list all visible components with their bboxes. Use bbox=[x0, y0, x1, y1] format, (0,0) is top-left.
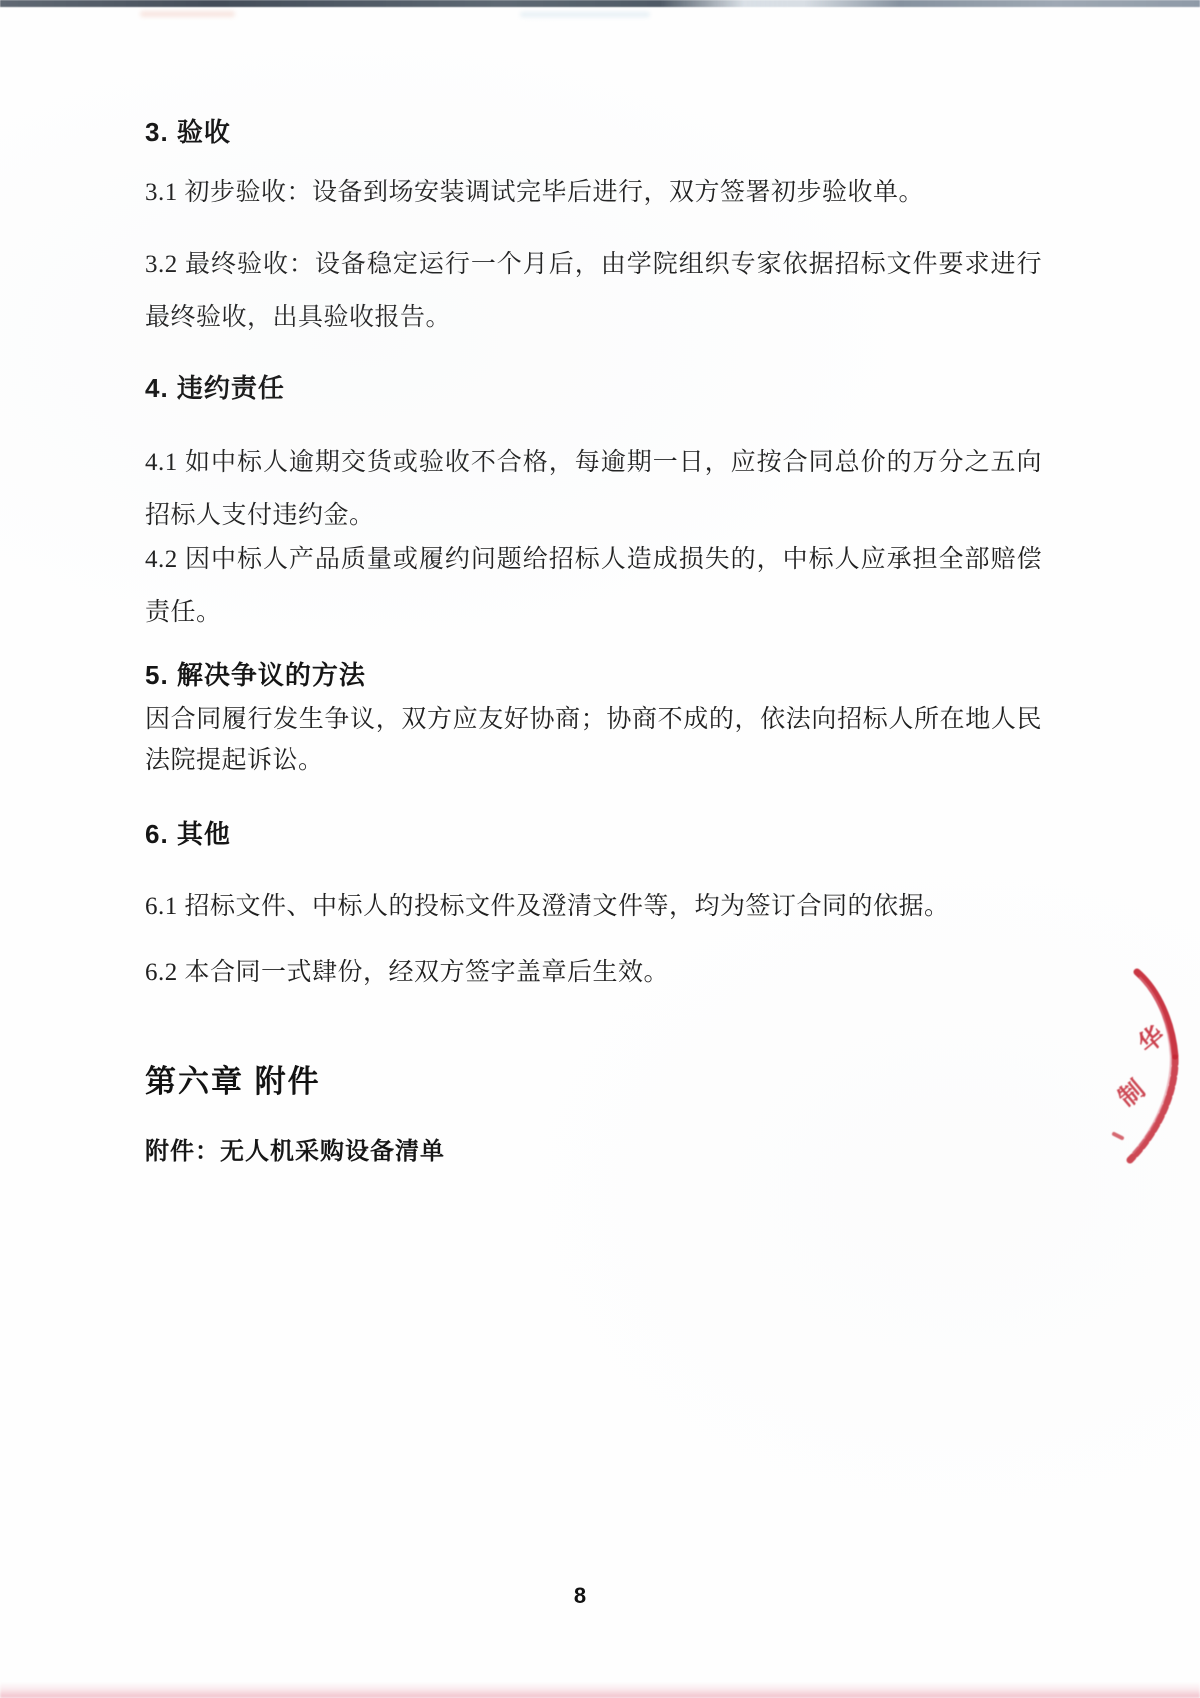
paragraph-4-1: 4.1 如中标人逾期交货或验收不合格，每逾期一日，应按合同总价的万分之五向招标人… bbox=[145, 436, 1042, 542]
section-heading-4: 4. 违约责任 bbox=[145, 368, 1045, 405]
section-heading-6: 6. 其他 bbox=[145, 814, 1045, 851]
seal-glyph-1: 华 bbox=[1133, 1021, 1170, 1059]
scan-artifact-top-band bbox=[0, 0, 1200, 7]
section-heading-5: 5. 解决争议的方法 bbox=[145, 655, 1045, 692]
scan-artifact-smudge bbox=[140, 11, 235, 17]
scan-artifact-bottom-band bbox=[0, 1682, 1200, 1698]
seal-ink-fragment bbox=[1114, 1134, 1122, 1138]
scanned-contract-page: 3. 验收 3.1 初步验收：设备到场安装调试完毕后进行，双方签署初步验收单。 … bbox=[0, 0, 1200, 1698]
paragraph-6-1: 6.1 招标文件、中标人的投标文件及澄清文件等，均为签订合同的依据。 bbox=[145, 880, 1042, 933]
attachment-note: 附件：无人机采购设备清单 bbox=[145, 1131, 445, 1166]
paragraph-3-2: 3.2 最终验收：设备稳定运行一个月后，由学院组织专家依据招标文件要求进行最终验… bbox=[145, 238, 1042, 344]
chapter-heading: 第六章 附件 bbox=[145, 1056, 321, 1101]
text-layer: 3. 验收 3.1 初步验收：设备到场安装调试完毕后进行，双方签署初步验收单。 … bbox=[0, 0, 1200, 1698]
seal-arc-halo bbox=[1133, 978, 1171, 1153]
page-number: 8 bbox=[540, 1583, 620, 1609]
paragraph-3-1: 3.1 初步验收：设备到场安装调试完毕后进行，双方签署初步验收单。 bbox=[145, 166, 1042, 219]
paragraph-4-2: 4.2 因中标人产品质量或履约问题给招标人造成损失的，中标人应承担全部赔偿责任。 bbox=[145, 533, 1042, 639]
scan-artifact-smudge bbox=[520, 12, 650, 17]
seal-glyph-2: 制 bbox=[1113, 1075, 1150, 1113]
seal-arc-lower bbox=[1130, 1058, 1175, 1160]
red-seal-fragment: 华 制 bbox=[1100, 950, 1200, 1180]
section-heading-3: 3. 验收 bbox=[145, 112, 1045, 149]
paragraph-5-1: 因合同履行发生争议，双方应友好协商；协商不成的，依法向招标人所在地人民法院提起诉… bbox=[145, 699, 1042, 781]
paragraph-6-2: 6.2 本合同一式肆份，经双方签字盖章后生效。 bbox=[145, 946, 1042, 999]
